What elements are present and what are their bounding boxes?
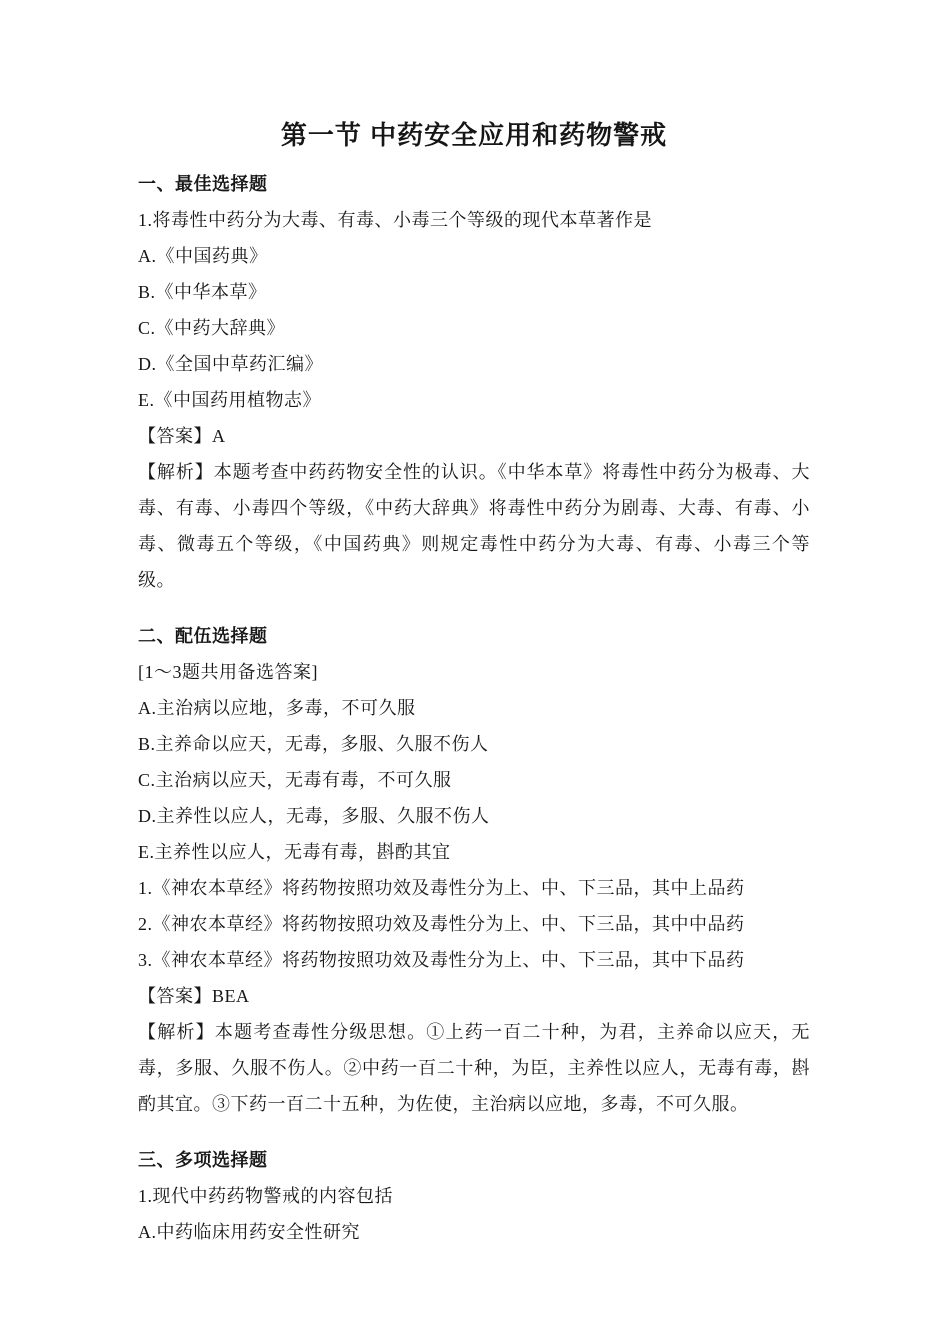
document-page: 第一节 中药安全应用和药物警戒 一、最佳选择题 1.将毒性中药分为大毒、有毒、小…: [0, 0, 950, 1344]
section-best-choice: 一、最佳选择题 1.将毒性中药分为大毒、有毒、小毒三个等级的现代本草著作是 A.…: [138, 166, 810, 598]
s1-answer: 【答案】A: [138, 418, 810, 454]
section-3-heading: 三、多项选择题: [138, 1142, 810, 1178]
s1-analysis: 【解析】本题考查中药药物安全性的认识。《中华本草》将毒性中药分为极毒、大毒、有毒…: [138, 454, 810, 598]
s2-question-1: 1.《神农本草经》将药物按照功效及毒性分为上、中、下三品，其中上品药: [138, 870, 810, 906]
s2-analysis: 【解析】本题考查毒性分级思想。①上药一百二十种，为君，主养命以应天，无毒，多服、…: [138, 1014, 810, 1122]
s2-shared-answers-note: [1～3题共用备选答案]: [138, 654, 810, 690]
s1-option-d: D.《全国中草药汇编》: [138, 346, 810, 382]
s2-option-a: A.主治病以应地，多毒，不可久服: [138, 690, 810, 726]
s1-option-b: B.《中华本草》: [138, 274, 810, 310]
section-matching-choice: 二、配伍选择题 [1～3题共用备选答案] A.主治病以应地，多毒，不可久服 B.…: [138, 618, 810, 1122]
section-2-heading: 二、配伍选择题: [138, 618, 810, 654]
s2-option-c: C.主治病以应天，无毒有毒，不可久服: [138, 762, 810, 798]
s1-question-1: 1.将毒性中药分为大毒、有毒、小毒三个等级的现代本草著作是: [138, 202, 810, 238]
s3-option-a: A.中药临床用药安全性研究: [138, 1214, 810, 1250]
section-multiple-choice: 三、多项选择题 1.现代中药药物警戒的内容包括 A.中药临床用药安全性研究: [138, 1142, 810, 1250]
s3-question-1: 1.现代中药药物警戒的内容包括: [138, 1178, 810, 1214]
s1-option-c: C.《中药大辞典》: [138, 310, 810, 346]
s2-question-2: 2.《神农本草经》将药物按照功效及毒性分为上、中、下三品，其中中品药: [138, 906, 810, 942]
s2-option-b: B.主养命以应天，无毒，多服、久服不伤人: [138, 726, 810, 762]
s1-option-e: E.《中国药用植物志》: [138, 382, 810, 418]
s2-question-3: 3.《神农本草经》将药物按照功效及毒性分为上、中、下三品，其中下品药: [138, 942, 810, 978]
s2-option-e: E.主养性以应人，无毒有毒，斟酌其宜: [138, 834, 810, 870]
s2-answer: 【答案】BEA: [138, 978, 810, 1014]
section-1-heading: 一、最佳选择题: [138, 166, 810, 202]
doc-title: 第一节 中药安全应用和药物警戒: [138, 118, 810, 152]
s2-option-d: D.主养性以应人，无毒，多服、久服不伤人: [138, 798, 810, 834]
s1-option-a: A.《中国药典》: [138, 238, 810, 274]
